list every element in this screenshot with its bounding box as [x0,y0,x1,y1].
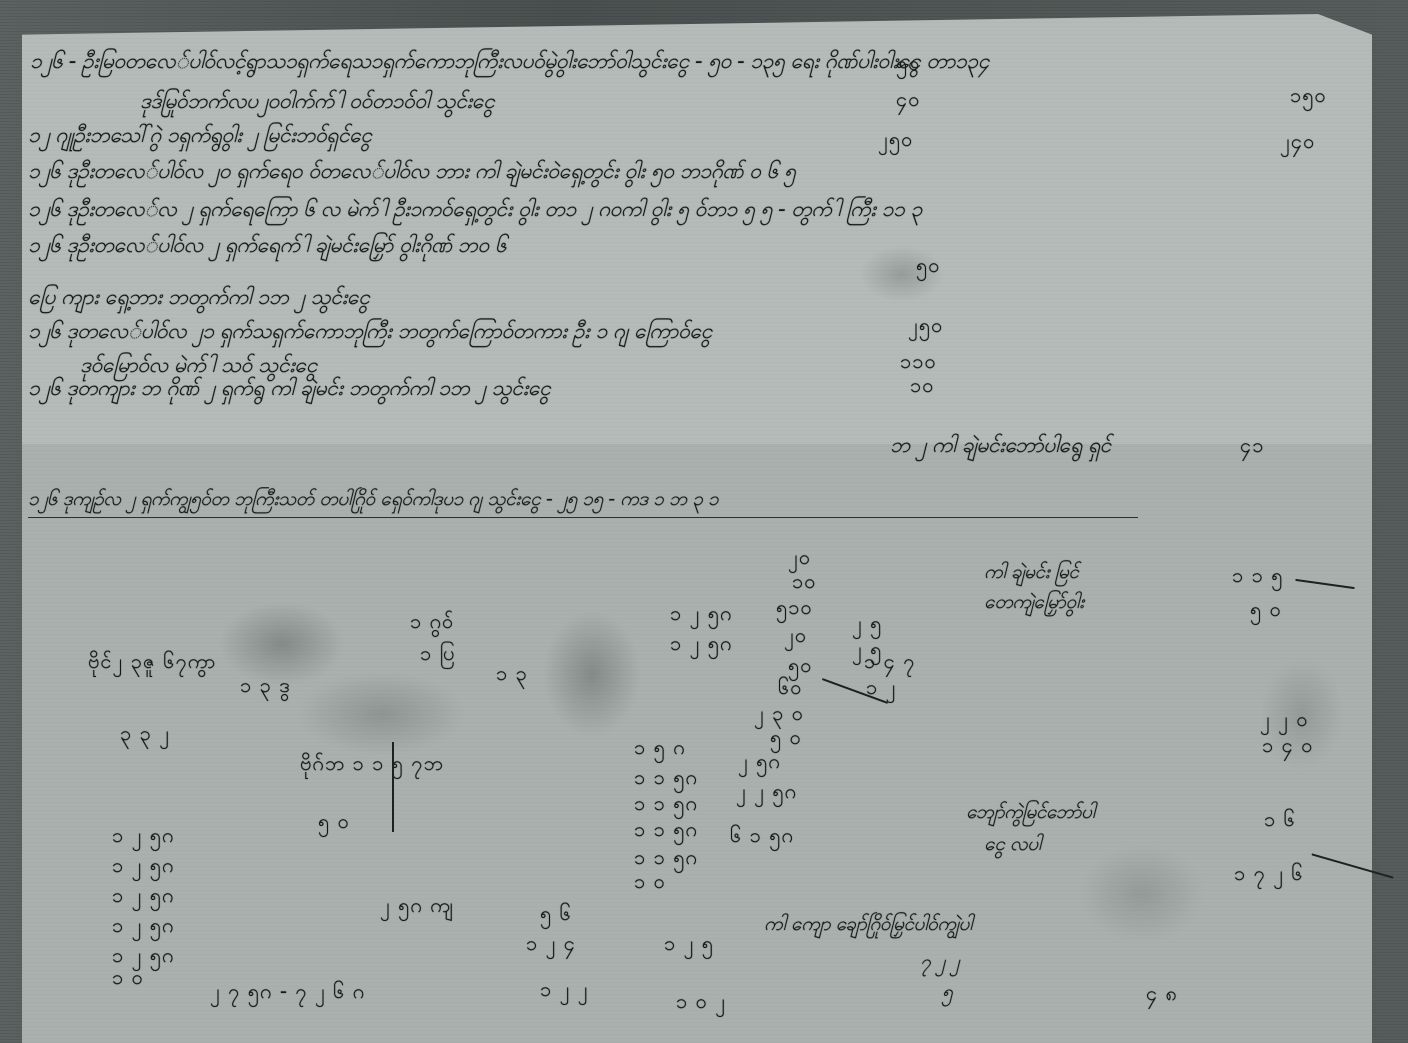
ledger-entry: ၁ ၂ ၅ဂ [112,882,174,912]
handwritten-line: ၁၂၆ ဒုတလေ်ပါဝ်လ ၂၁ ရှက်သရှက်ကောဘုကြီး ဘတ… [28,318,712,349]
tally-number: ၂ ၅ဂ [738,748,781,778]
margin-number: ၁ ၄ ၀ [1262,732,1313,762]
ledger-entry: ၅ ၆ [540,900,572,930]
tally-number: ၅၁၀ [776,594,813,624]
tally-number: ၂ ၂ ၅ဂ [736,778,797,808]
handwritten-note: ၅ [942,980,952,1008]
handwritten-note: ကါ ချဲမင်း မြင် [984,560,1078,588]
scanned-page: ၁၂၆ - ဦးမြ၀တလေ်ပါဝ်လင့်ရွာသ၁ရှက်ရေသ၁ရှက်… [0,0,1408,1043]
ledger-entry: ဗိုင်၂ ၃ဇူ ၆၇ကွာ [88,648,217,678]
ledger-entry: ၂ ၅ဂ ကျ [380,892,454,922]
handwritten-line: ၁၂ ဂျုဦးဘသေါ်ဂွဲ ၁ရှက်ရွ၀ွါး ၂ မြင်းဘဝ်ရ… [28,122,372,153]
ledger-entry: ၁ ၂ ၄ [526,930,576,960]
margin-number: ၅ ၀ [1250,596,1282,626]
ledger-entry: ၁ ၂ ၅ဂ [670,600,732,630]
margin-number: ၁၅၀ [1290,82,1327,112]
handwritten-line: ၁၂၆ ဒုဦးတလေ်ပါဝ်လ ၂၀ ရှက်ရေ၀ ဝ်တလေ်ပါဝ်လ… [28,158,795,189]
handwritten-line: ၁၂၆ - ဦးမြ၀တလေ်ပါဝ်လင့်ရွာသ၁ရှက်ရေသ၁ရှက်… [30,48,989,79]
tally-number: ၂၀ [784,622,807,652]
column-divider [392,742,394,832]
margin-number: ၁၀ [910,372,935,402]
handwritten-note: တေကျဲမြှော်ဝွါး [984,590,1084,618]
handwritten-line: ဒုဒ်မြုဝ်ဘက်လပ၂၀ဝါက်က်ါ ၀ဝ်တ၁ဝ်ဝါ သွင်းင… [140,88,494,119]
ledger-entry: ၁ ဂွဝ် [410,608,454,638]
ledger-entry: ၁ ၂ ၅ဂ [112,852,174,882]
ledger-entry: ၁ ပြ [420,640,455,670]
ledger-entry: ၁ ၅ ဂ [634,734,686,764]
margin-number: ၁ ၁ ၅ [1232,562,1283,592]
handwritten-line: ၁၂၆ ဒုဦးတလေ်လ ၂ ရှက်ရေကြော ၆ လ မဲက်ါ ဦး၁… [28,196,922,227]
tally-number: ၆ ၁ ၅ဂ [730,822,794,852]
ledger-entry: ၁ ၀ [112,964,144,994]
handwritten-note: ၇ ၂ ၂ [920,950,959,978]
margin-number: ၂၅၀ [878,126,913,156]
ledger-entry: ၁ ၁ ၅ဂ [634,816,698,846]
handwritten-note: ငွေ လပါ [984,832,1041,860]
ledger-entry: ၂ ၇ ၅ဂ - ၇ ၂ ၆ ဂ [210,978,365,1008]
handwritten-note: ကါ ကျော ချော်ဂြိုဝ်မြှင်ပါဝ်ကျွဲပါ [764,912,972,940]
ledger-entry: ၁ ၂ ၅ဂ [112,822,174,852]
margin-number: ၄ ၈ [1146,980,1178,1010]
ledger-entry: ၃ ၃ ၂ [120,720,170,750]
handwritten-line: ၁၂၆ ဒုဦးတလေ်ပါဝ်လ ၂ ရှက်ရေက်ါ ချဲမင်းမြှ… [28,232,506,263]
handwritten-line: ပြေ ကျား ရှေ့ဘား ဘတွက်ကါ ၁ဘ ၂ သွင်းငွေ [28,284,369,315]
margin-number: ၅၀ [916,252,941,282]
ledger-entry: ၁ ၂ ၅ဂ [670,630,732,660]
margin-number: ၂၄၀ [1280,128,1315,158]
margin-number: ၄၁ [1240,432,1265,462]
margin-number: ၅၀ [896,50,921,80]
ledger-entry: ၁ ၃ ဒွ [240,672,291,702]
margin-number: ၁ ၆ [1264,806,1296,836]
margin-number: ၁ ၇ ၂ ၆ [1234,860,1304,890]
ledger-entry: ၁ ၀ [634,868,666,898]
ledger-entry: ၁ ၀ ၂ [676,988,726,1018]
margin-number: ၂၅၀ [908,312,943,342]
ledger-entry: ဗိုဂ်ဘ ၁ ၁ ၅ ၇ဘ [300,750,444,780]
ledger-entry: ၁ ၂ ၂ [540,976,589,1006]
ledger-entry: ၁ ၂ ၅ဂ [112,912,174,942]
margin-number: ၄၀ [896,86,921,116]
ledger-entry: ၁ ၃ [496,660,528,690]
handwritten-line: ဘ ၂ ကါ ချဲမင်းဘော်ပါရွေ ရှင် [890,432,1111,463]
handwritten-line: ၁၂၆ ဒုတကျား ဘ ဂိုဏ် ၂ ရှက်ရွ ကါ ချဲမင်း … [28,375,550,406]
ruled-entry-line: ၁၂၆ ဒုကျဉ်လ ၂ ရှက်ကျွ၅ဝ်တ ဘုကြီးသတ် တပါဂ… [28,487,1138,518]
handwritten-note: ဘျော်ကွဲမြင်ဘော်ပါ [966,800,1095,828]
ledger-entry: ၁ ၂ ၅ [664,930,714,960]
ledger-entry: ၅ ၀ [318,808,350,838]
